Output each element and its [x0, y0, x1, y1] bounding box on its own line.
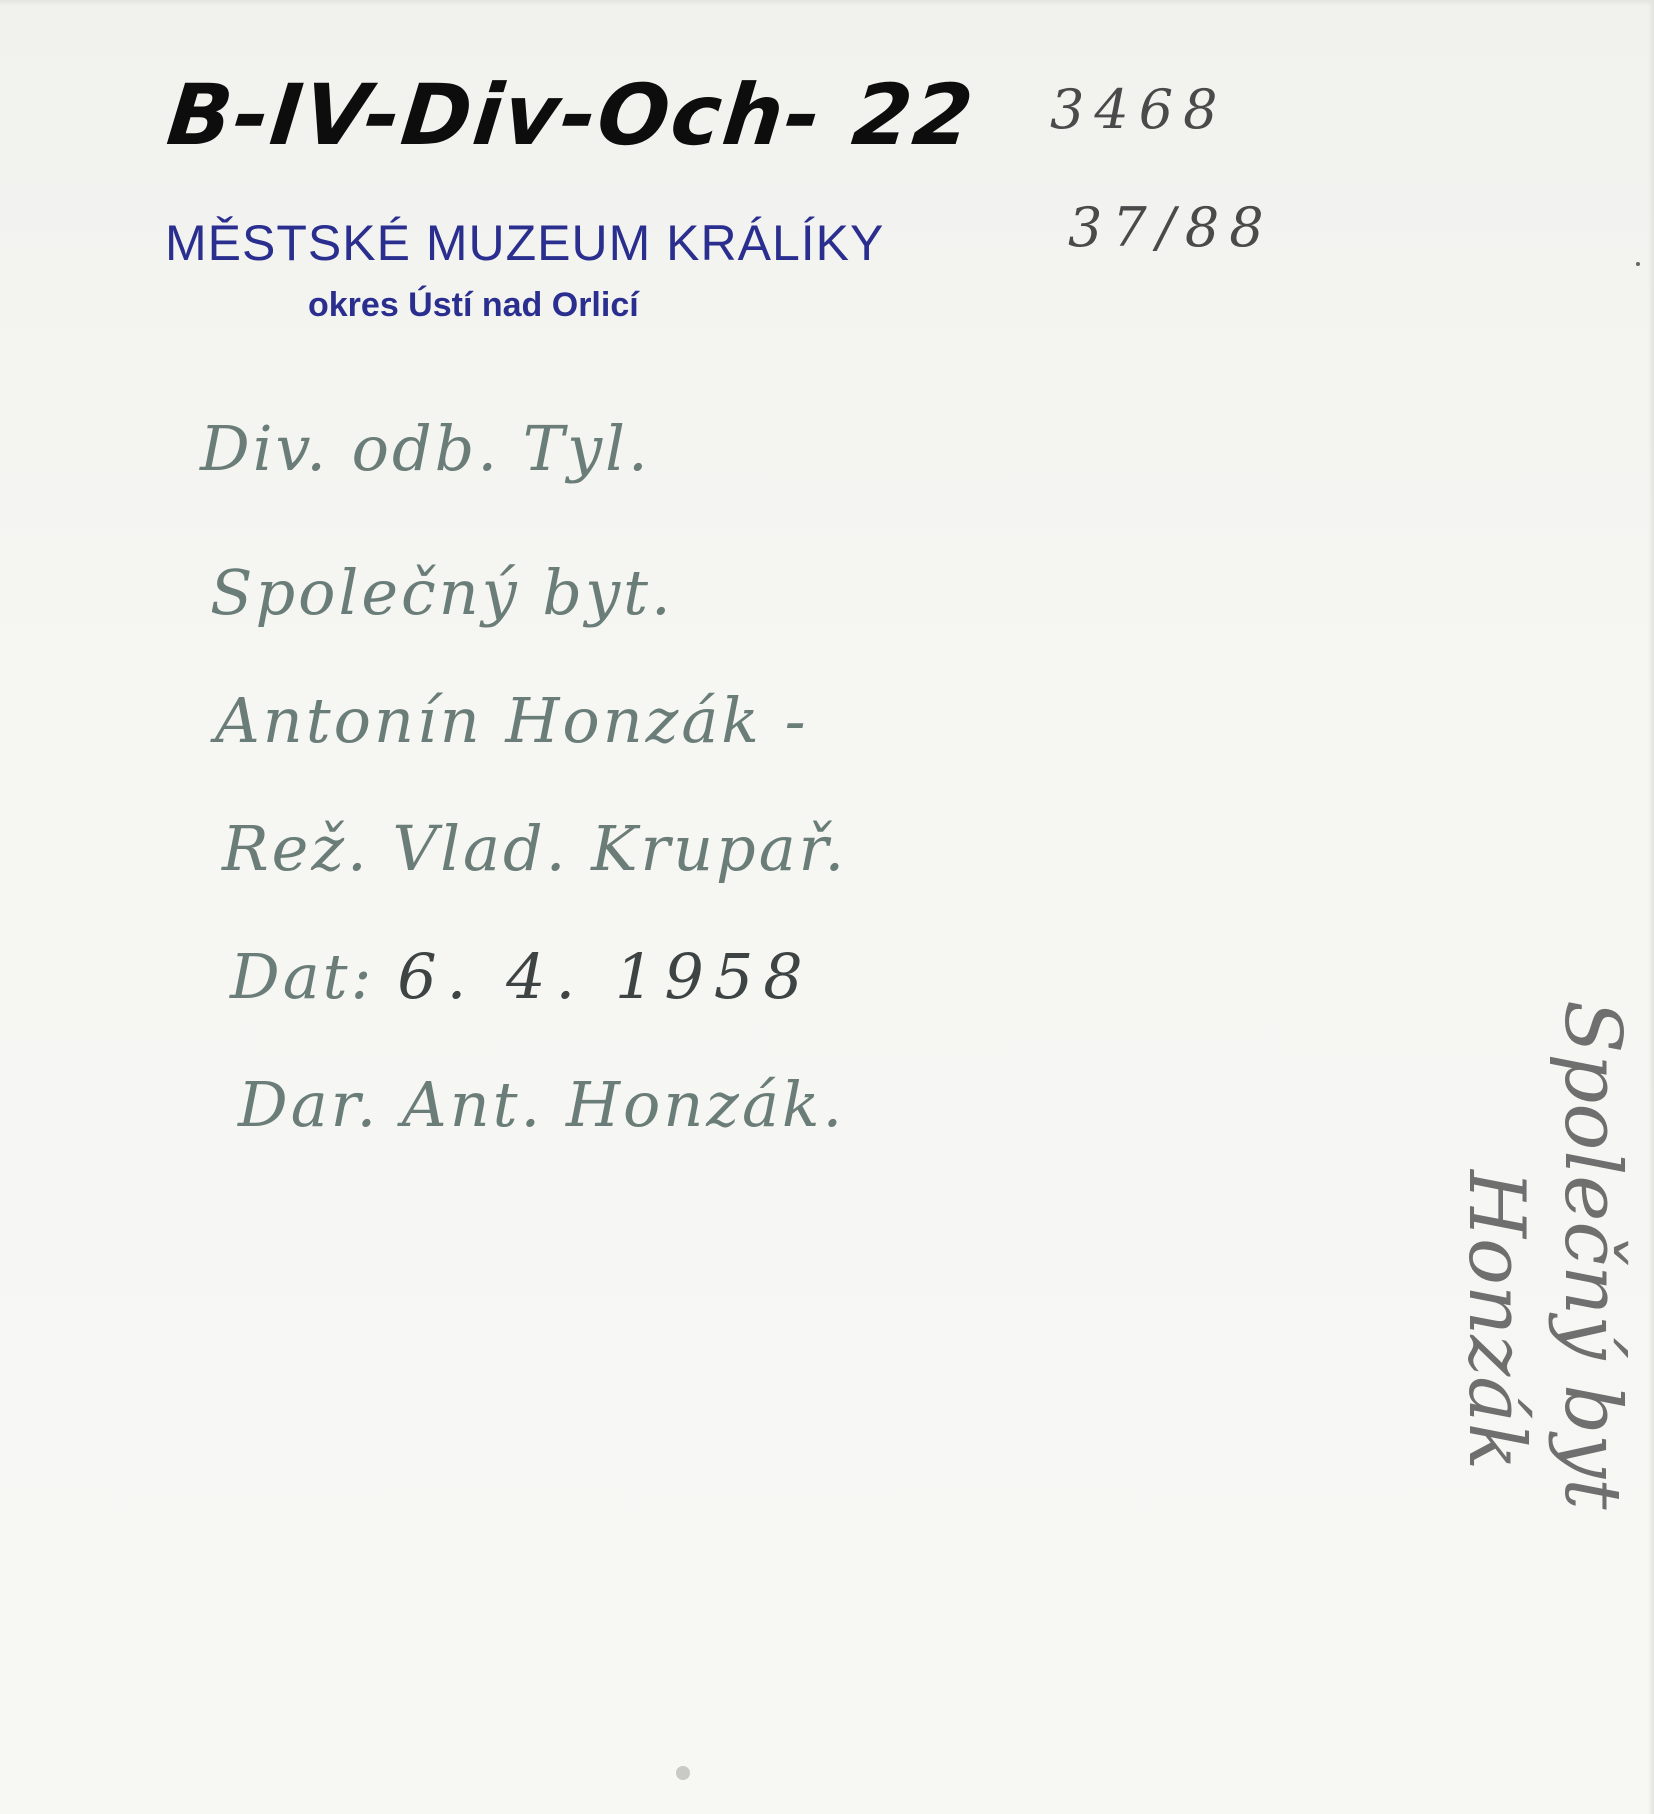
note-director: Rež. Vlad. Krupař. [222, 812, 847, 885]
rotated-note-line-2: Honzák [1448, 1000, 1544, 1700]
inventory-code-marker: B-IV-Div-Och- 22 [163, 66, 979, 164]
card-right-edge [1648, 0, 1654, 1814]
note-theatre-company: Div. odb. Tyl. [200, 412, 651, 485]
pencil-number-1: 3468 [1050, 78, 1227, 141]
photo-back-card: B-IV-Div-Och- 22 3468 37/88 MĚSTSKÉ MUZE… [0, 0, 1654, 1814]
card-top-edge [0, 0, 1654, 6]
rotated-note-line-1: Společný byt [1544, 1000, 1640, 1700]
museum-stamp-district: okres Ústí nad Orlicí [308, 286, 639, 325]
note-date: Dat: 6. 4. 1958 [230, 940, 813, 1013]
museum-stamp-name: MĚSTSKÉ MUZEUM KRÁLÍKY [165, 214, 884, 272]
pencil-number-2: 37/88 [1068, 196, 1274, 259]
paper-speck-small [1636, 262, 1640, 266]
note-play-title: Společný byt. [210, 556, 674, 629]
note-date-label: Dat: [230, 940, 374, 1013]
paper-speck [676, 1766, 690, 1780]
note-actor: Antonín Honzák - [215, 684, 809, 757]
rotated-pencil-note: Společný byt Honzák [1440, 1000, 1640, 1700]
note-donor: Dar. Ant. Honzák. [238, 1068, 845, 1141]
note-date-value: 6. 4. 1958 [397, 940, 813, 1013]
